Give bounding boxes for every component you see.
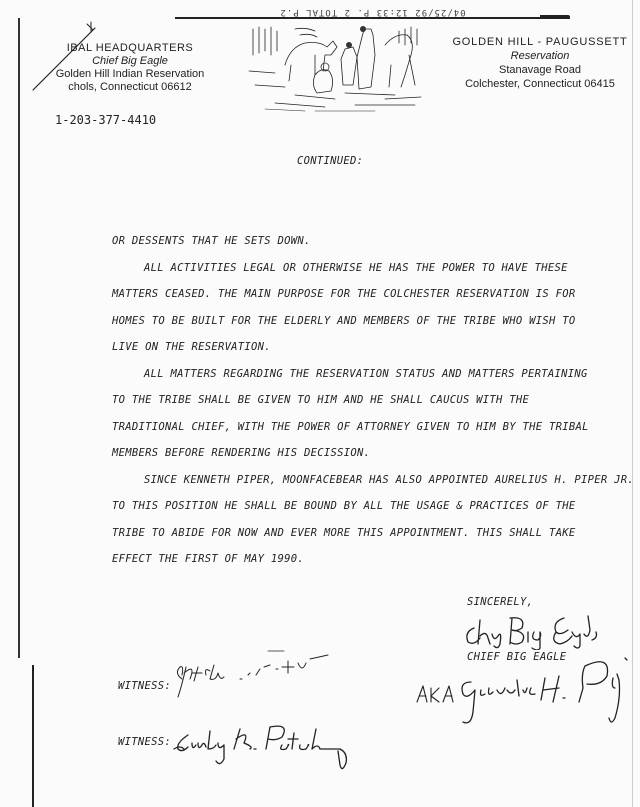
left-margin-line [18,18,20,658]
phone-number: 1-203-377-4410 [55,113,156,127]
tribe-title: GOLDEN HILL - PAUGUSSETT [440,35,640,49]
body-line: HOMES TO BE BUILT FOR THE ELDERLY AND ME… [112,308,602,335]
witness-label: WITNESS: [118,680,171,692]
left-margin-line-lower [32,665,34,807]
witness-signature-2 [170,715,360,775]
body-line: TRIBE TO ABIDE FOR NOW AND EVER MORE THI… [112,520,602,547]
witness-signature-1 [170,645,330,705]
witness-label: WITNESS: [118,736,171,748]
body-line: ALL MATTERS REGARDING THE RESERVATION ST… [112,361,602,388]
body-line: ALL ACTIVITIES LEGAL OR OTHERWISE HE HAS… [112,255,602,282]
letterhead-right: GOLDEN HILL - PAUGUSSETT Reservation Sta… [440,35,640,91]
body-line: TO THE TRIBE SHALL BE GIVEN TO HIM AND H… [112,387,602,414]
body-line: LIVE ON THE RESERVATION. [112,334,602,361]
body-line: TO THIS POSITION HE SHALL BE BOUND BY AL… [112,493,602,520]
closing-sincerely: SINCERELY, [467,596,533,608]
body-line: SINCE KENNETH PIPER, MOONFACEBEAR HAS AL… [112,467,602,494]
pen-stroke-mark [25,20,105,95]
city-address: Colchester, Connecticut 06415 [440,77,640,91]
body-line: OR DESSENTS THAT HE SETS DOWN. [112,228,602,255]
sketch-native-figures-horses-illustration [245,25,425,115]
body-line: MEMBERS BEFORE RENDERING HIS DECISSION. [112,440,602,467]
body-line: TRADITIONAL CHIEF, WITH THE POWER OF ATT… [112,414,602,441]
signature-chief-big-eagle [460,610,600,650]
fax-header-rule [175,17,570,19]
signature-aka-aurelius-piper [415,648,640,728]
body-line: MATTERS CEASED. THE MAIN PURPOSE FOR THE… [112,281,602,308]
body-line: EFFECT THE FIRST OF MAY 1990. [112,546,602,573]
continued-heading: CONTINUED: [297,155,363,167]
fax-header-rule-tail [540,15,570,19]
reservation-subtitle: Reservation [440,49,640,63]
letter-body: OR DESSENTS THAT HE SETS DOWN. ALL ACTIV… [112,228,602,573]
street-address: Stanavage Road [440,63,640,77]
